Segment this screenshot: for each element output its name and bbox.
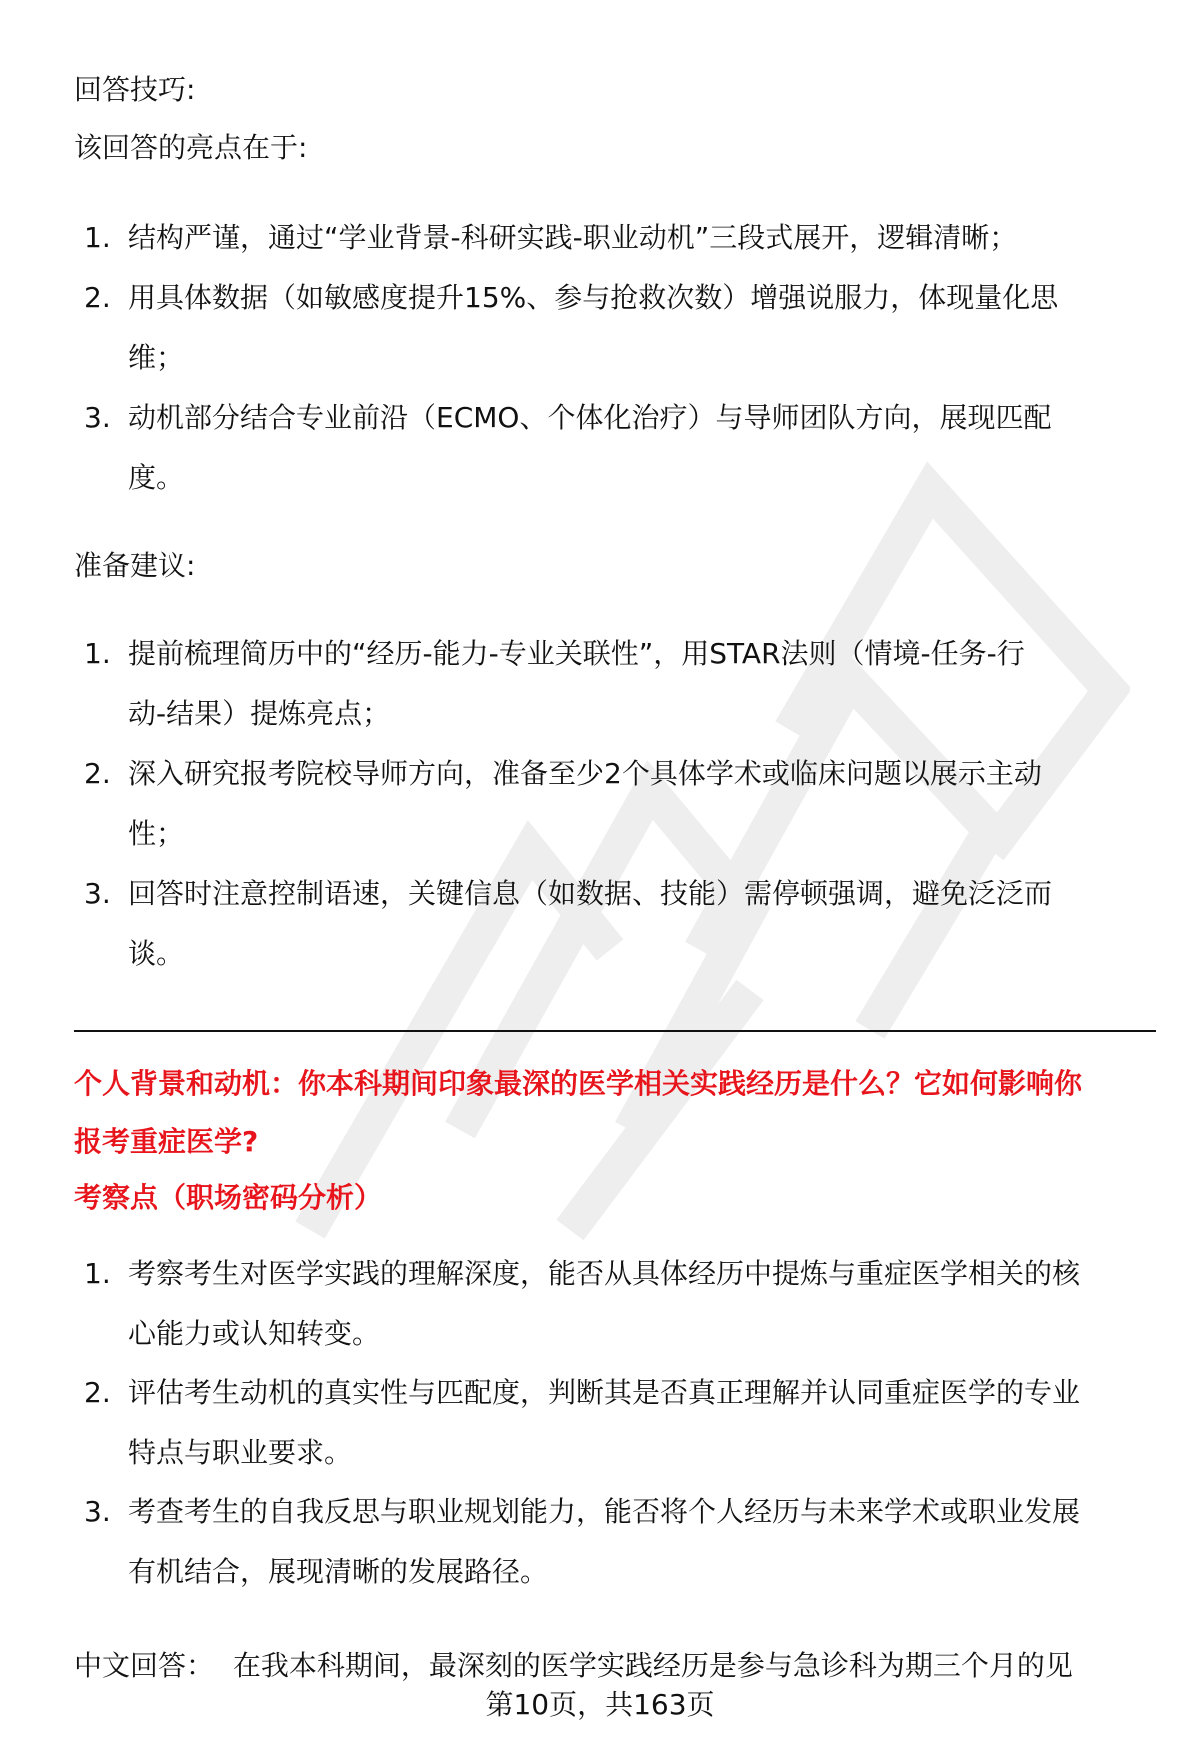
list-item-text-cont: 特点与职业要求。 <box>128 1435 352 1471</box>
list-item-text-cont: 谈。 <box>128 936 184 972</box>
list-item-text-cont: 动-结果）提炼亮点； <box>128 696 390 732</box>
list-item-text: 回答时注意控制语速，关键信息（如数据、技能）需停顿强调，避免泛泛而 <box>128 876 1052 912</box>
chinese-answer-text: 在我本科期间，最深刻的医学实践经历是参与急诊科为期三个月的见 <box>233 1649 1073 1682</box>
list-item-text: 深入研究报考院校导师方向，准备至少2个具体学术或临床问题以展示主动 <box>128 756 1042 792</box>
list-item-text: 考察考生对医学实践的理解深度，能否从具体经历中提炼与重症医学相关的核 <box>128 1256 1080 1292</box>
list-item-text-cont: 度。 <box>128 460 184 496</box>
list-item-text-cont: 有机结合，展现清晰的发展路径。 <box>128 1554 548 1590</box>
answer-tips-intro: 该回答的亮点在于: <box>74 130 307 166</box>
list-item-number: 1. <box>84 1256 111 1292</box>
analysis-heading: 考察点（职场密码分析） <box>74 1180 382 1216</box>
page-indicator: 第10页，共163页 <box>0 1688 1200 1722</box>
list-item-text: 结构严谨，通过“学业背景-科研实践-职业动机”三段式展开，逻辑清晰； <box>128 220 1017 256</box>
question-heading-line1: 个人背景和动机：你本科期间印象最深的医学相关实践经历是什么？它如何影响你 <box>74 1066 1082 1102</box>
list-item-number: 1. <box>84 220 111 256</box>
list-item-text: 评估考生动机的真实性与匹配度，判断其是否真正理解并认同重症医学的专业 <box>128 1375 1080 1411</box>
list-item-number: 2. <box>84 756 111 792</box>
chinese-answer: 中文回答： 在我本科期间，最深刻的医学实践经历是参与急诊科为期三个月的见 <box>74 1648 1073 1684</box>
list-item-text: 动机部分结合专业前沿（ECMO、个体化治疗）与导师团队方向，展现匹配 <box>128 400 1051 436</box>
list-item-text: 用具体数据（如敏感度提升15%、参与抢救次数）增强说服力，体现量化思 <box>128 280 1058 316</box>
section-divider <box>74 1030 1156 1032</box>
list-item-number: 2. <box>84 280 111 316</box>
list-item-text-cont: 心能力或认知转变。 <box>128 1316 380 1352</box>
chinese-answer-label: 中文回答： <box>74 1649 214 1682</box>
list-item-number: 3. <box>84 400 111 436</box>
prep-heading: 准备建议: <box>74 548 195 584</box>
list-item-number: 3. <box>84 1494 111 1530</box>
list-item-text-cont: 性； <box>128 816 184 852</box>
list-item-number: 2. <box>84 1375 111 1411</box>
document-page: 回答技巧: 该回答的亮点在于: 1. 结构严谨，通过“学业背景-科研实践-职业动… <box>0 0 1200 1755</box>
list-item-number: 3. <box>84 876 111 912</box>
list-item-text-cont: 维； <box>128 340 184 376</box>
list-item-text: 提前梳理简历中的“经历-能力-专业关联性”，用STAR法则（情境-任务-行 <box>128 636 1025 672</box>
answer-tips-heading: 回答技巧: <box>74 72 195 108</box>
question-heading-line2: 报考重症医学? <box>74 1124 258 1160</box>
list-item-number: 1. <box>84 636 111 672</box>
list-item-text: 考查考生的自我反思与职业规划能力，能否将个人经历与未来学术或职业发展 <box>128 1494 1080 1530</box>
